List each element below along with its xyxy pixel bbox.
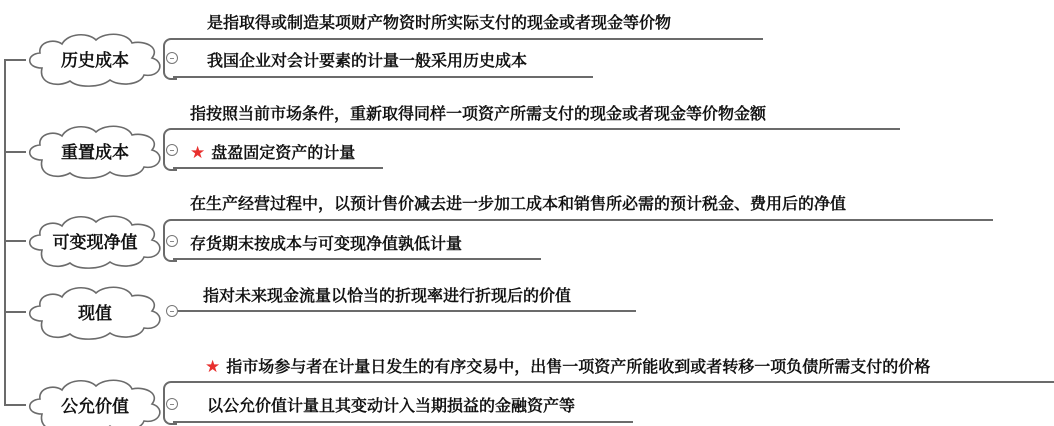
branch-bracket (163, 38, 177, 80)
leaf-text: 指按照当前市场条件，重新取得同样一项资产所需支付的现金或者现金等价物金额 (190, 101, 766, 124)
collapse-toggle-icon[interactable] (166, 305, 178, 317)
branch-line (173, 128, 900, 130)
node-label: 重置成本 (20, 120, 170, 180)
leaf-text: 存货期末按成本与可变现净值孰低计量 (190, 231, 462, 254)
branch-line (173, 258, 541, 260)
node-fair-value[interactable]: 公允价值 (20, 374, 170, 426)
node-replacement-cost[interactable]: 重置成本 (20, 120, 170, 180)
node-label: 现值 (20, 281, 170, 341)
branch-bracket (163, 219, 177, 262)
branch-line (173, 381, 1054, 383)
leaf-text: 指对未来现金流量以恰当的折现率进行折现后的价值 (203, 283, 571, 306)
leaf-text: 我国企业对会计要素的计量一般采用历史成本 (207, 48, 527, 71)
branch-bracket (163, 381, 177, 425)
star-icon: ★ (205, 357, 220, 377)
leaf-text: 以公允价值计量且其变动计入当期损益的金融资产等 (207, 393, 575, 416)
star-icon: ★ (190, 143, 205, 163)
node-label: 历史成本 (20, 28, 170, 88)
node-present-value[interactable]: 现值 (20, 281, 170, 341)
branch-line (173, 76, 593, 78)
branch-bracket (163, 128, 177, 171)
node-label: 可变现净值 (20, 210, 170, 270)
branch-line (173, 167, 383, 169)
node-historical-cost[interactable]: 历史成本 (20, 28, 170, 88)
leaf-text: 是指取得或制造某项财产物资时所实际支付的现金或者现金等价物 (207, 10, 671, 33)
leaf-text: ★指市场参与者在计量日发生的有序交易中，出售一项资产所能收到或者转移一项负债所需… (205, 354, 930, 377)
branch-line (173, 38, 763, 40)
branch-line (173, 219, 993, 221)
branch-line (173, 421, 633, 423)
mindmap-spine (4, 60, 6, 406)
leaf-text: 在生产经营过程中，以预计售价减去进一步加工成本和销售所必需的预计税金、费用后的净… (190, 191, 846, 214)
node-net-realizable-value[interactable]: 可变现净值 (20, 210, 170, 270)
leaf-text: ★盘盈固定资产的计量 (190, 140, 355, 163)
node-label: 公允价值 (20, 374, 170, 426)
branch-line (178, 310, 636, 312)
